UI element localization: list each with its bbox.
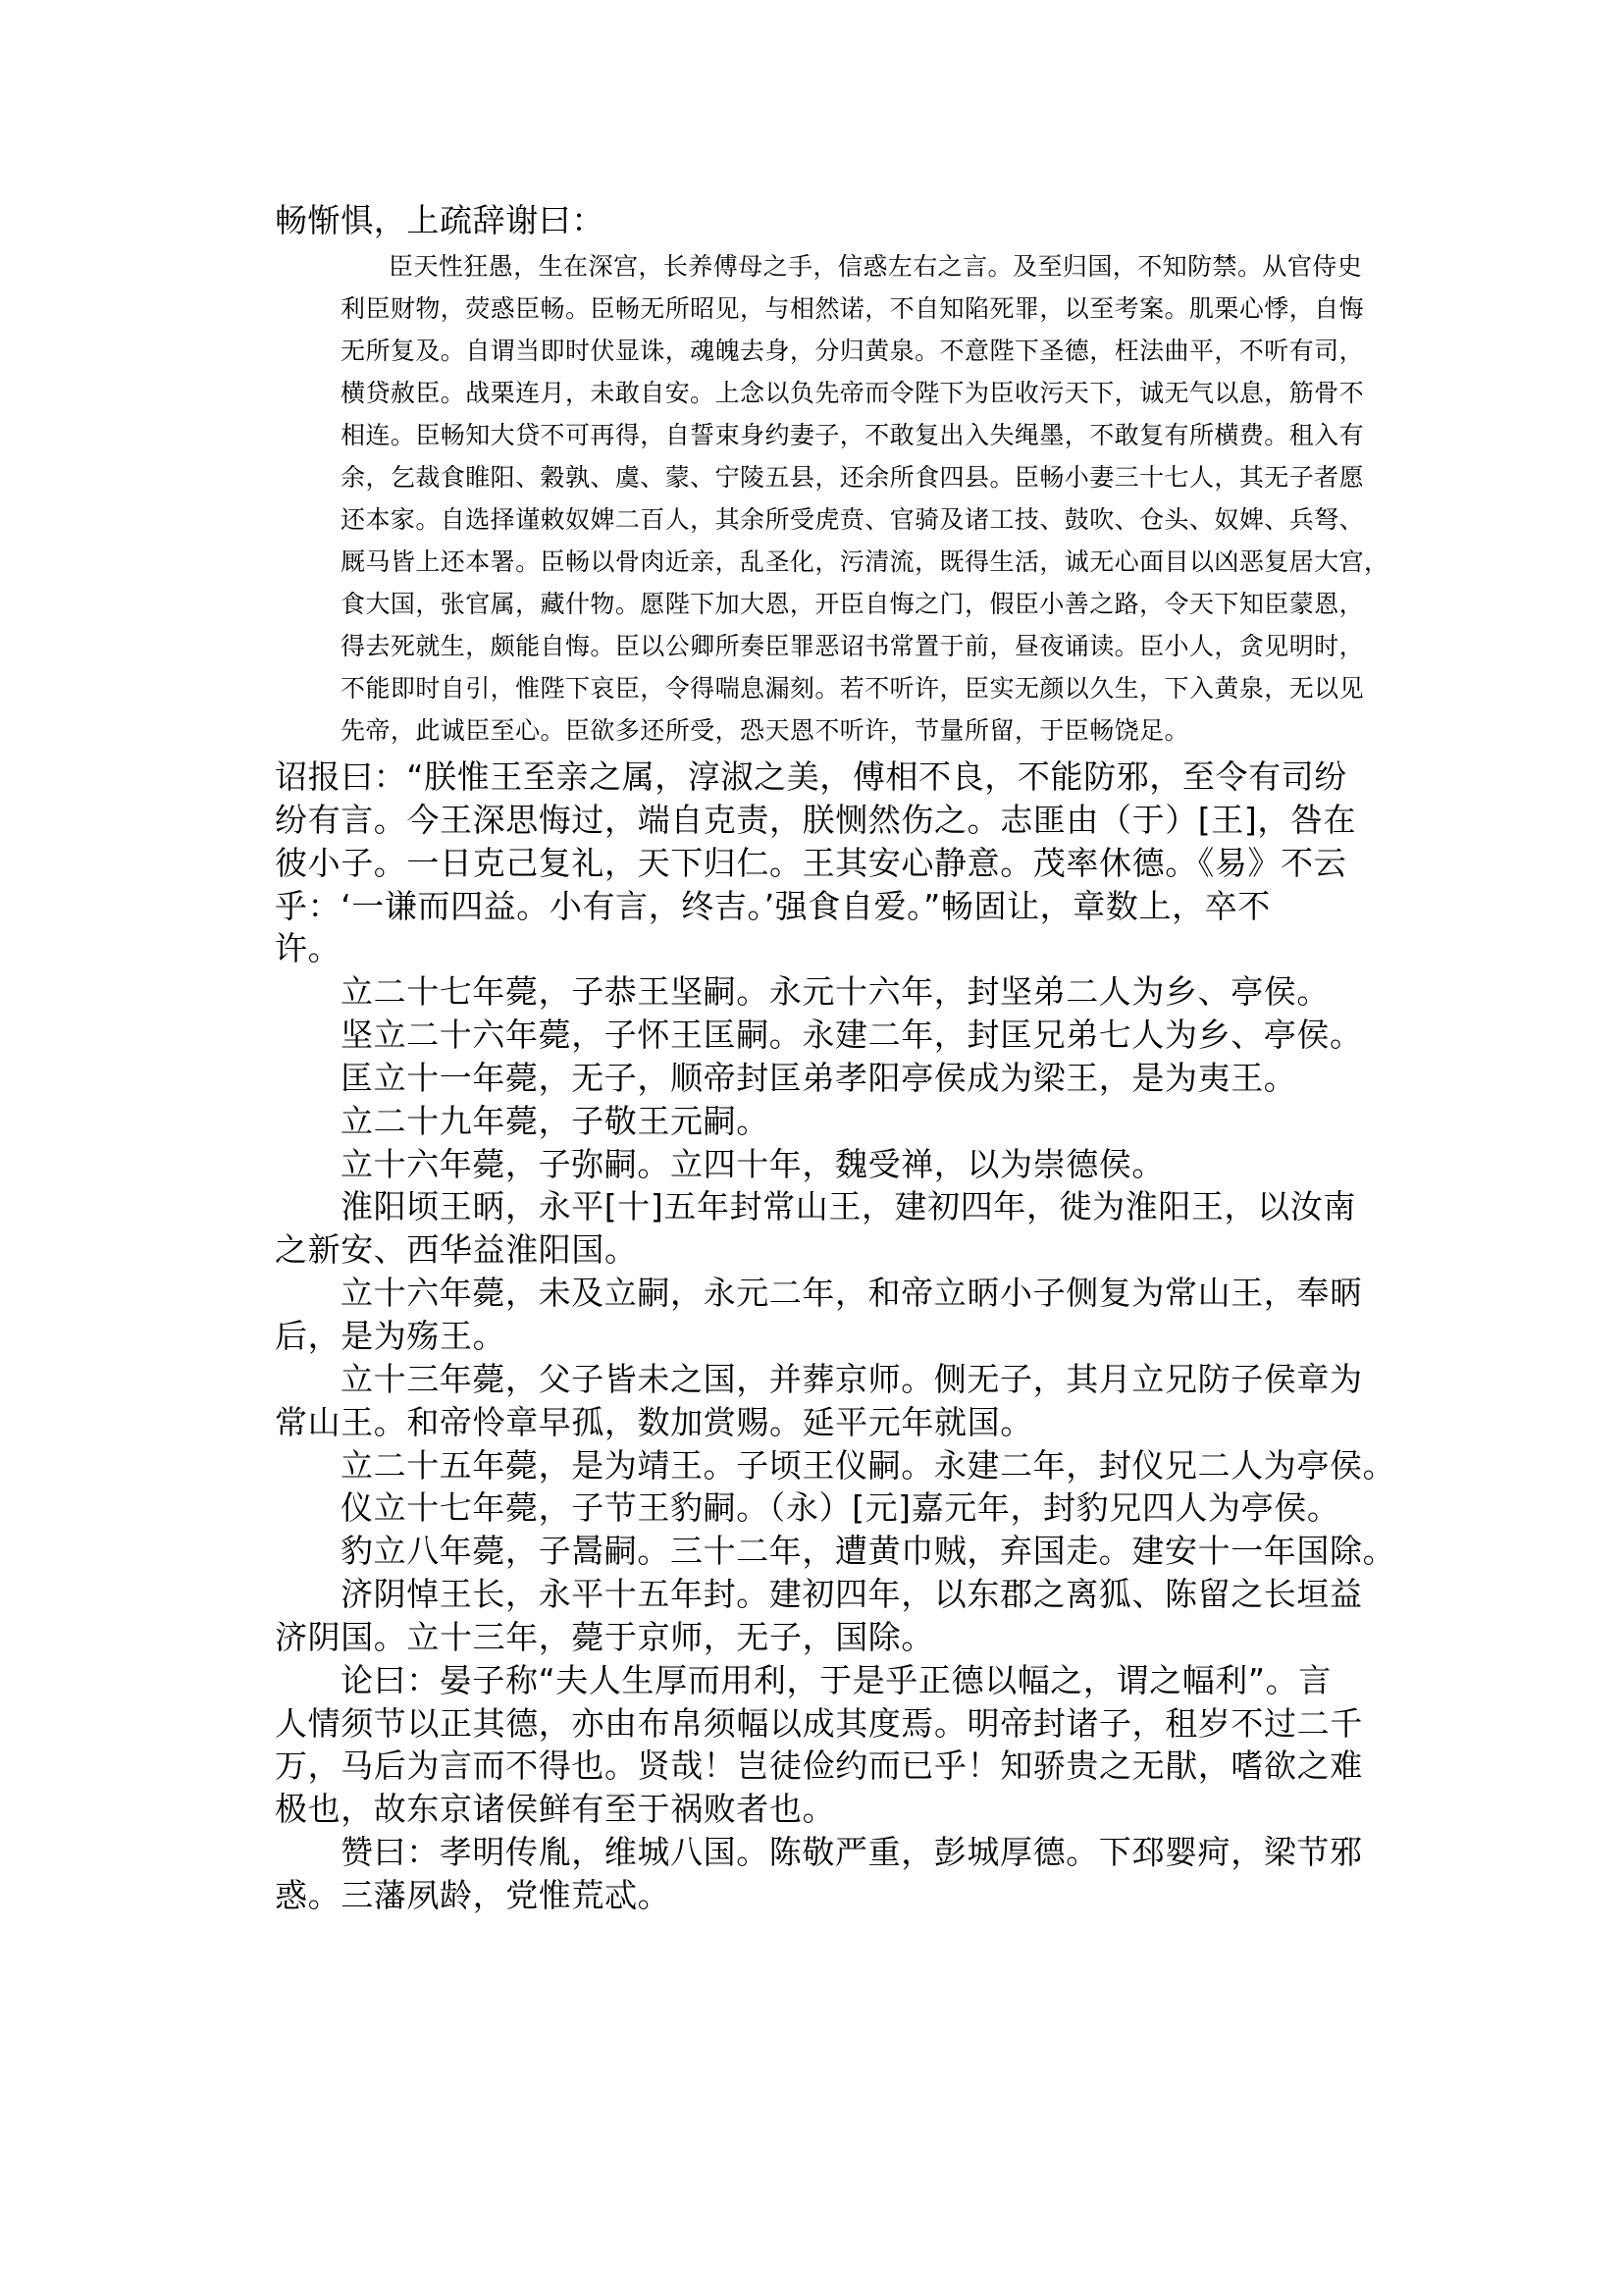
paragraph-line: 后，是为殇王。	[275, 1315, 1374, 1358]
edict-line: 诏报曰：“朕惟王至亲之属，淳淑之美，傅相不良，不能防邪，至令有司纷	[275, 756, 1374, 799]
paragraph-line: 立十六年薨，子弥嗣。立四十年，魏受禅，以为崇德侯。	[275, 1143, 1374, 1186]
paragraph-line: 立十三年薨，父子皆未之国，并葬京师。侧无子，其月立兄防子侯章为	[275, 1358, 1374, 1401]
memorial-line: 相连。臣畅知大贷不可再得，自誓束身约妻子，不敢复出入失绳墨，不敢复有所横费。租入…	[341, 414, 1371, 456]
paragraph-line: 济阴悼王长，永平十五年封。建初四年，以东郡之离狐、陈留之长垣益	[275, 1573, 1374, 1616]
memorial-line: 厩马皆上还本署。臣畅以骨肉近亲，乱圣化，污清流，既得生活，诚无心面目以凶恶复居大…	[341, 541, 1371, 583]
paragraph-line: 立二十九年薨，子敬王元嗣。	[275, 1100, 1374, 1143]
commentary-line: 论曰：晏子称“夫人生厚而用利，于是乎正德以幅之，谓之幅利”。言	[275, 1659, 1374, 1702]
memorial-line: 横贷赦臣。战栗连月，未敢自安。上念以负先帝而令陛下为臣收污天下，诚无气以息，筋骨…	[341, 372, 1371, 414]
document-page: 畅惭惧，上疏辞谢曰： 臣天性狂愚，生在深宫，长养傅母之手，信惑左右之言。及至归国…	[0, 0, 1624, 2294]
memorial-line: 臣天性狂愚，生在深宫，长养傅母之手，信惑左右之言。及至归国，不知防禁。从官侍史	[341, 245, 1371, 287]
paragraph-line: 立十六年薨，未及立嗣，永元二年，和帝立昞小子侧复为常山王，奉昞	[275, 1272, 1374, 1315]
paragraph-line: 立二十五年薨，是为靖王。子顷王仪嗣。永建二年，封仪兄二人为亭侯。	[275, 1444, 1374, 1487]
memorial-line: 得去死就生，颇能自悔。臣以公卿所奏臣罪恶诏书常置于前，昼夜诵读。臣小人，贪见明时…	[341, 625, 1371, 667]
paragraph-line: 豹立八年薨，子暠嗣。三十二年，遭黄巾贼，弃国走。建安十一年国除。	[275, 1530, 1374, 1573]
edict-line: 彼小子。一日克己复礼，天下归仁。王其安心静意。茂率休德。《易》不云	[275, 842, 1374, 885]
memorial-line: 余，乞裁食睢阳、穀孰、虞、蒙、宁陵五县，还余所食四县。臣畅小妻三十七人，其无子者…	[341, 456, 1371, 498]
memorial-line: 先帝，此诚臣至心。臣欲多还所受，恐天恩不听许，节量所留，于臣畅饶足。	[341, 709, 1371, 752]
commentary-line: 人情须节以正其德，亦由布帛须幅以成其度焉。明帝封诸子，租岁不过二千	[275, 1702, 1374, 1746]
edict-line: 乎：‘一谦而四益。小有言，终吉。’强食自爱。”畅固让，章数上，卒不	[275, 885, 1374, 928]
eulogy-line: 赞曰：孝明传胤，维城八国。陈敬严重，彭城厚德。下邳婴疴，梁节邪	[275, 1831, 1374, 1874]
memorial-intro-line: 畅惭惧，上疏辞谢曰：	[275, 199, 604, 242]
paragraph-line: 坚立二十六年薨，子怀王匡嗣。永建二年，封匡兄弟七人为乡、亭侯。	[275, 1014, 1374, 1057]
memorial-line: 食大国，张官属，藏什物。愿陛下加大恩，开臣自悔之门，假臣小善之路，令天下知臣蒙恩…	[341, 583, 1371, 625]
memorial-line: 不能即时自引，惟陛下哀臣，令得喘息漏刻。若不听许，臣实无颜以久生，下入黄泉，无以…	[341, 667, 1371, 709]
edict-line: 许。	[275, 927, 1374, 970]
commentary-line: 极也，故东京诸侯鲜有至于祸败者也。	[275, 1788, 1374, 1831]
paragraph-line: 匡立十一年薨，无子，顺帝封匡弟孝阳亭侯成为梁王，是为夷王。	[275, 1057, 1374, 1100]
paragraph-line: 常山王。和帝怜章早孤，数加赏赐。延平元年就国。	[275, 1401, 1374, 1444]
paragraph-line: 淮阳顷王昞，永平[十]五年封常山王，建初四年，徙为淮阳王，以汝南	[275, 1185, 1374, 1228]
memorial-line: 无所复及。自谓当即时伏显诛，魂魄去身，分归黄泉。不意陛下圣德，枉法曲平，不听有司…	[341, 330, 1371, 372]
eulogy-line: 惑。三藩夙龄，党惟荒忒。	[275, 1874, 1374, 1917]
commentary-line: 万，马后为言而不得也。贤哉！岂徒俭约而已乎！知骄贵之无猒，嗜欲之难	[275, 1745, 1374, 1788]
body-text-block: 诏报曰：“朕惟王至亲之属，淳淑之美，傅相不良，不能防邪，至令有司纷 纷有言。今王…	[275, 756, 1374, 1917]
paragraph-line: 立二十七年薨，子恭王坚嗣。永元十六年，封坚弟二人为乡、亭侯。	[275, 970, 1374, 1014]
memorial-quote-block: 臣天性狂愚，生在深宫，长养傅母之手，信惑左右之言。及至归国，不知防禁。从官侍史 …	[341, 245, 1371, 752]
memorial-line: 利臣财物，荧惑臣畅。臣畅无所昭见，与相然诺，不自知陷死罪，以至考案。肌栗心悸，自…	[341, 287, 1371, 330]
edict-line: 纷有言。今王深思悔过，端自克责，朕恻然伤之。志匪由（于）[王]，咎在	[275, 799, 1374, 842]
paragraph-line: 济阴国。立十三年，薨于京师，无子，国除。	[275, 1616, 1374, 1659]
memorial-line: 还本家。自选择谨敕奴婢二百人，其余所受虎贲、官骑及诸工技、鼓吹、仓头、奴婢、兵弩…	[341, 498, 1371, 541]
paragraph-line: 仪立十七年薨，子节王豹嗣。（永）[元]嘉元年，封豹兄四人为亭侯。	[275, 1486, 1374, 1530]
paragraph-line: 之新安、西华益淮阳国。	[275, 1228, 1374, 1272]
